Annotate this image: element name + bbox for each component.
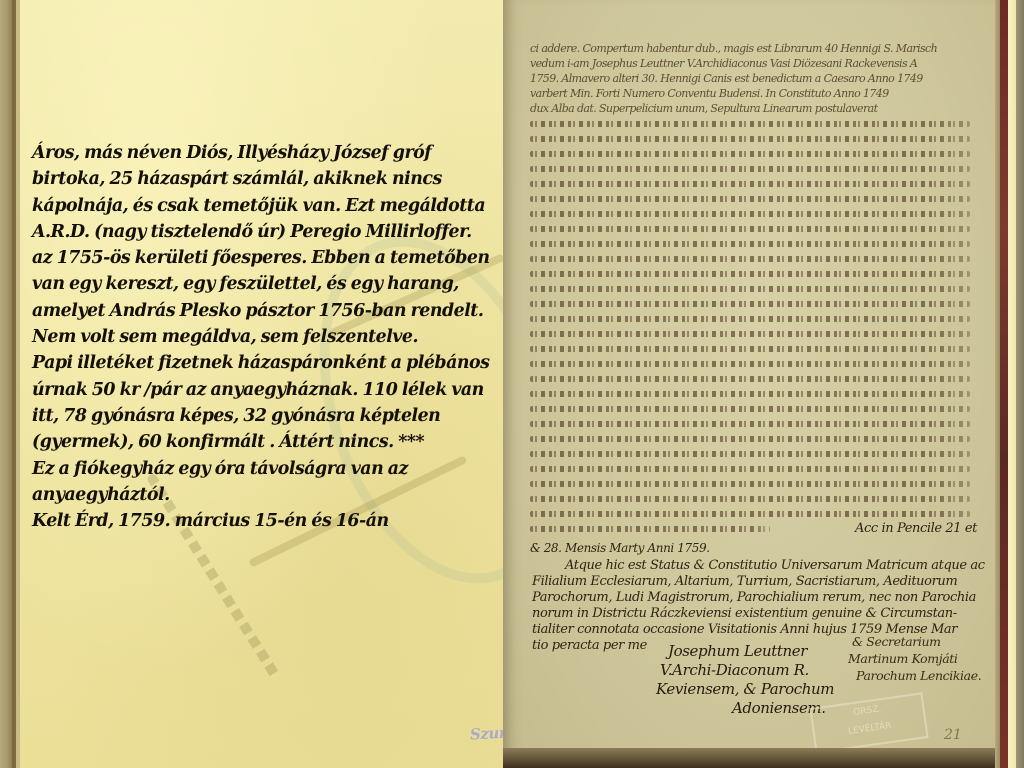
transcription-text: Áros, más néven Diós, Illyésházy József … bbox=[32, 140, 502, 534]
manuscript-closing-line: Parochorum, Ludi Magistrorum, Parochiali… bbox=[532, 590, 976, 606]
transcription-line: A.R.D. (nagy tisztelendő úr) Peregio Mil… bbox=[32, 219, 502, 245]
transcription-line: úrnak 50 kr /pár az anyaegyháznak. 110 l… bbox=[32, 377, 502, 403]
manuscript-scribble-line bbox=[530, 196, 970, 202]
manuscript-scribble-line bbox=[530, 436, 970, 442]
manuscript-scribble-line bbox=[530, 406, 970, 412]
manuscript-scribble-line bbox=[530, 256, 970, 262]
manuscript-scribble-line bbox=[530, 271, 970, 277]
manuscript-line: dux Alba dat. Superpelicium unum, Sepult… bbox=[530, 102, 970, 115]
manuscript-line: vedum i-am Josephus Leuttner V.Archidiac… bbox=[530, 57, 970, 70]
transcription-line: Ez a fiókegyház egy óra távolságra van a… bbox=[32, 456, 502, 482]
transcription-page: Áros, más néven Diós, Illyésházy József … bbox=[0, 0, 503, 768]
manuscript-line: varbert Min. Forti Numero Conventu Buden… bbox=[530, 87, 970, 100]
manuscript-scribble-line bbox=[530, 316, 970, 322]
transcription-line: (gyermek), 60 konfirmált . Áttért nincs.… bbox=[32, 429, 502, 455]
manuscript-scribble-line bbox=[530, 466, 970, 472]
manuscript-scribble-line bbox=[530, 361, 970, 367]
transcription-line: van egy kereszt, egy feszülettel, és egy… bbox=[32, 271, 502, 297]
manuscript-scribble-line bbox=[530, 136, 970, 142]
manuscript-signature-right: Parochum Lencikiae. bbox=[856, 668, 981, 683]
manuscript-scribble-line bbox=[530, 226, 970, 232]
manuscript-scribble-line bbox=[530, 511, 970, 517]
manuscript-closing-line: tio peracta per me bbox=[532, 638, 647, 654]
manuscript-closing-line: Filialium Ecclesiarum, Altarium, Turrium… bbox=[532, 574, 957, 590]
manuscript-scribble-line bbox=[530, 376, 970, 382]
manuscript-scribble-line bbox=[530, 241, 970, 247]
transcription-line: amelyet András Plesko pásztor 1756-ban r… bbox=[32, 298, 502, 324]
transcription-line: Nem volt sem megáldva, sem felszentelve. bbox=[32, 324, 502, 350]
manuscript-scribble-line bbox=[530, 121, 970, 127]
transcription-line: kápolnája, és csak temetőjük van. Ezt me… bbox=[32, 193, 502, 219]
manuscript-scribble-line bbox=[530, 391, 970, 397]
manuscript-date-line: & 28. Mensis Marty Anni 1759. bbox=[530, 541, 710, 555]
manuscript-line: 1759. Almavero alteri 30. Hennigi Canis … bbox=[530, 72, 970, 85]
transcription-line: birtoka, 25 házaspárt számlál, akiknek n… bbox=[32, 166, 502, 192]
manuscript-signature-left: V.Archi-Diaconum R. bbox=[660, 661, 809, 680]
manuscript-acc-note: Acc in Pencile 21 et bbox=[855, 521, 977, 536]
transcription-line: az 1755-ös kerületi főesperes. Ebben a t… bbox=[32, 245, 502, 271]
manuscript-scribble-line bbox=[530, 151, 970, 157]
book-cover-edge bbox=[1000, 0, 1008, 768]
manuscript-signature-right: Martinum Komjáti bbox=[848, 651, 958, 666]
manuscript-scribble-line bbox=[530, 301, 970, 307]
manuscript-closing-line: norum in Districtu Ráczkeviensi existent… bbox=[532, 606, 957, 622]
transcription-line: itt, 78 gyónásra képes, 32 gyónásra képt… bbox=[32, 403, 502, 429]
manuscript-signature-right: & Secretarium bbox=[852, 634, 941, 649]
transcription-line: Áros, más néven Diós, Illyésházy József … bbox=[32, 140, 502, 166]
transcription-line: Papi illetéket fizetnek házaspáronként a… bbox=[32, 350, 502, 376]
manuscript-scribble-line bbox=[530, 451, 970, 457]
manuscript-scribble-line bbox=[530, 166, 970, 172]
manuscript-line: ci addere. Compertum habentur dub., magi… bbox=[530, 42, 970, 55]
manuscript-scribble-line bbox=[530, 526, 770, 532]
manuscript-scribble-line bbox=[530, 331, 970, 337]
manuscript-closing-line: Atque hic est Status & Constitutio Unive… bbox=[565, 558, 985, 574]
manuscript-signature-left: Keviensem, & Parochum bbox=[656, 680, 834, 699]
manuscript-scribble-line bbox=[530, 181, 970, 187]
transcription-line: Kelt Érd, 1759. március 15-én és 16-án bbox=[32, 508, 502, 534]
manuscript-scribble-line bbox=[530, 346, 970, 352]
manuscript-scribble-line bbox=[530, 421, 970, 427]
page-number: 21 bbox=[944, 727, 962, 743]
manuscript-signature-left: Josephum Leuttner bbox=[668, 642, 807, 661]
manuscript-scribble-line bbox=[530, 286, 970, 292]
manuscript-scribble-line bbox=[530, 481, 970, 487]
book-bottom-edge bbox=[503, 748, 1008, 768]
manuscript-scribble-line bbox=[530, 211, 970, 217]
manuscript-scribble-line bbox=[530, 496, 970, 502]
page-frame-border bbox=[0, 0, 12, 768]
slide-frame-rail bbox=[1008, 0, 1016, 768]
slide-frame-right bbox=[1016, 0, 1024, 768]
transcription-line: anyaegyháztól. bbox=[32, 482, 502, 508]
page-frame-inner bbox=[16, 0, 20, 768]
